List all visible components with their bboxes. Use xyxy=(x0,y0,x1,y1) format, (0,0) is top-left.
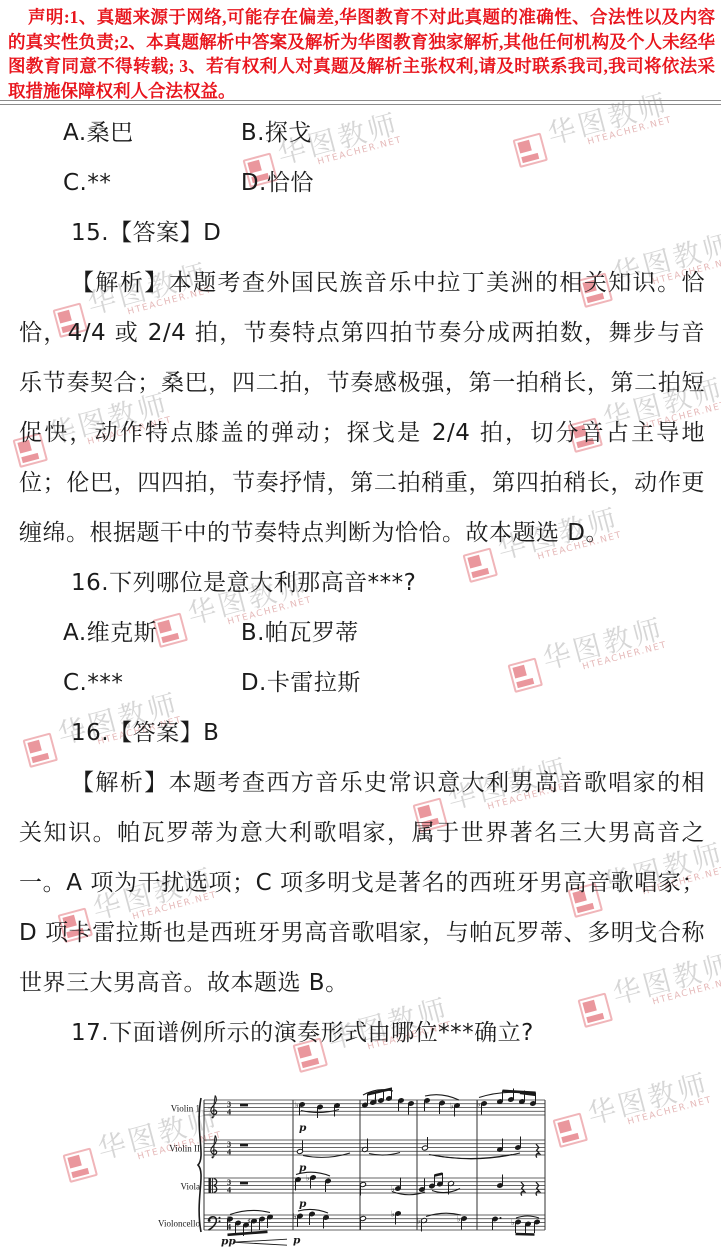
q16-options-row-1: A.维克斯 B.帕瓦罗蒂 xyxy=(19,608,705,658)
section-divider xyxy=(0,100,721,105)
staff-label: Violin 1 xyxy=(171,1104,200,1114)
staff-label: Violin II xyxy=(169,1144,200,1154)
q16-question: 16.下列哪位是意大利那高音***? xyxy=(19,558,705,608)
system-brace xyxy=(198,1098,201,1232)
time-signature: 4 xyxy=(227,1186,231,1195)
crescendo-hairpin xyxy=(233,1239,287,1242)
q16-option-b: B.帕瓦罗蒂 xyxy=(241,620,359,646)
q16-option-c: C.*** xyxy=(63,658,233,708)
beam xyxy=(435,1174,443,1176)
time-signature: 4 xyxy=(227,1108,231,1117)
whole-rest xyxy=(240,1104,248,1107)
q15-analysis: 【解析】本题考查外国民族音乐中拉丁美洲的相关知识。恰恰，4/4 或 2/4 拍，… xyxy=(19,258,705,558)
q16-options-row-2: C.*** D.卡雷拉斯 xyxy=(19,658,705,708)
flat-accidental: ♭ xyxy=(306,1173,310,1182)
q15-option-d: D.恰恰 xyxy=(241,170,314,196)
flat-accidental: ♭ xyxy=(293,1212,297,1221)
q15-options-row-2: C.** D.恰恰 xyxy=(19,158,705,208)
whole-rest xyxy=(240,1144,248,1147)
flat-accidental: ♭ xyxy=(457,1214,461,1223)
flat-accidental: ♭ xyxy=(511,1218,515,1227)
slur xyxy=(425,1095,459,1100)
staff-label: Violoncello xyxy=(158,1219,200,1229)
bass-clef-icon xyxy=(219,1217,221,1219)
dynamic-marking: p xyxy=(299,1122,307,1134)
quarter-rest xyxy=(536,1144,540,1158)
treble-clef-icon xyxy=(214,1096,215,1117)
crescendo-hairpin xyxy=(233,1242,287,1245)
dynamic-marking: p xyxy=(299,1198,307,1210)
treble-clef-icon xyxy=(214,1136,215,1157)
augmentation-dot xyxy=(500,1217,502,1219)
q16-answer: 16.【答案】B xyxy=(19,708,705,758)
quarter-rest xyxy=(521,1182,525,1196)
q15-option-a: A.桑巴 xyxy=(63,108,233,158)
question-content: A.桑巴 B.探戈 C.** D.恰恰 15.【答案】D 【解析】本题考查外国民… xyxy=(19,108,705,1058)
disclaimer-body: 1、真题来源于网络,可能存在偏差,华图教育不对此真题的准确性、合法性以及内容的真… xyxy=(8,7,715,101)
bass-clef-icon xyxy=(208,1219,211,1222)
slur xyxy=(516,1216,539,1218)
beam xyxy=(228,1232,268,1235)
flat-accidental: ♭ xyxy=(374,1096,378,1105)
string-quartet-score: Violin 134♭♭♭♭pViolin II34pViola34♭♭pVio… xyxy=(80,1085,640,1255)
q16-analysis: 【解析】本题考查西方音乐史常识意大利男高音歌唱家的相关知识。帕瓦罗蒂为意大利歌唱… xyxy=(19,758,705,1008)
q15-option-c: C.** xyxy=(63,158,233,208)
flat-accidental: ♭ xyxy=(417,1216,421,1225)
treble-clef-icon xyxy=(212,1156,214,1158)
quarter-rest xyxy=(536,1182,540,1196)
whole-rest xyxy=(240,1182,248,1185)
staff-label: Viola xyxy=(181,1182,200,1192)
q17-question: 17.下面谱例所示的演奏形式由哪位***确立? xyxy=(19,1008,705,1058)
bass-clef-icon xyxy=(219,1220,221,1222)
exam-page: 声明:1、真题来源于网络,可能存在偏差,华图教育不对此真题的准确性、合法性以及内… xyxy=(0,0,721,1255)
q16-option-d: D.卡雷拉斯 xyxy=(241,670,361,696)
treble-clef-icon xyxy=(212,1116,214,1118)
dynamic-marking: p xyxy=(293,1235,301,1247)
time-signature: 4 xyxy=(227,1148,231,1157)
flat-accidental: ♭ xyxy=(391,1209,395,1218)
q15-option-b: B.探戈 xyxy=(241,120,312,146)
q15-answer: 15.【答案】D xyxy=(19,208,705,258)
sharp-accidental: ♯ xyxy=(247,1217,251,1226)
disclaimer-text: 声明:1、真题来源于网络,可能存在偏差,华图教育不对此真题的准确性、合法性以及内… xyxy=(8,5,715,103)
flat-accidental: ♭ xyxy=(477,1099,481,1108)
beam xyxy=(516,1234,535,1235)
disclaimer-label: 声明: xyxy=(28,7,70,27)
dynamic-marking: pp xyxy=(221,1236,236,1248)
q16-option-a: A.维克斯 xyxy=(63,608,233,658)
flat-accidental: ♭ xyxy=(295,1100,299,1109)
flat-accidental: ♭ xyxy=(450,1101,454,1110)
slur xyxy=(230,1210,270,1214)
alto-clef-icon xyxy=(209,1178,211,1193)
score-example: Violin 134♭♭♭♭pViolin II34pViola34♭♭pVio… xyxy=(80,1085,640,1255)
q15-options-row-1: A.桑巴 B.探戈 xyxy=(19,108,705,158)
